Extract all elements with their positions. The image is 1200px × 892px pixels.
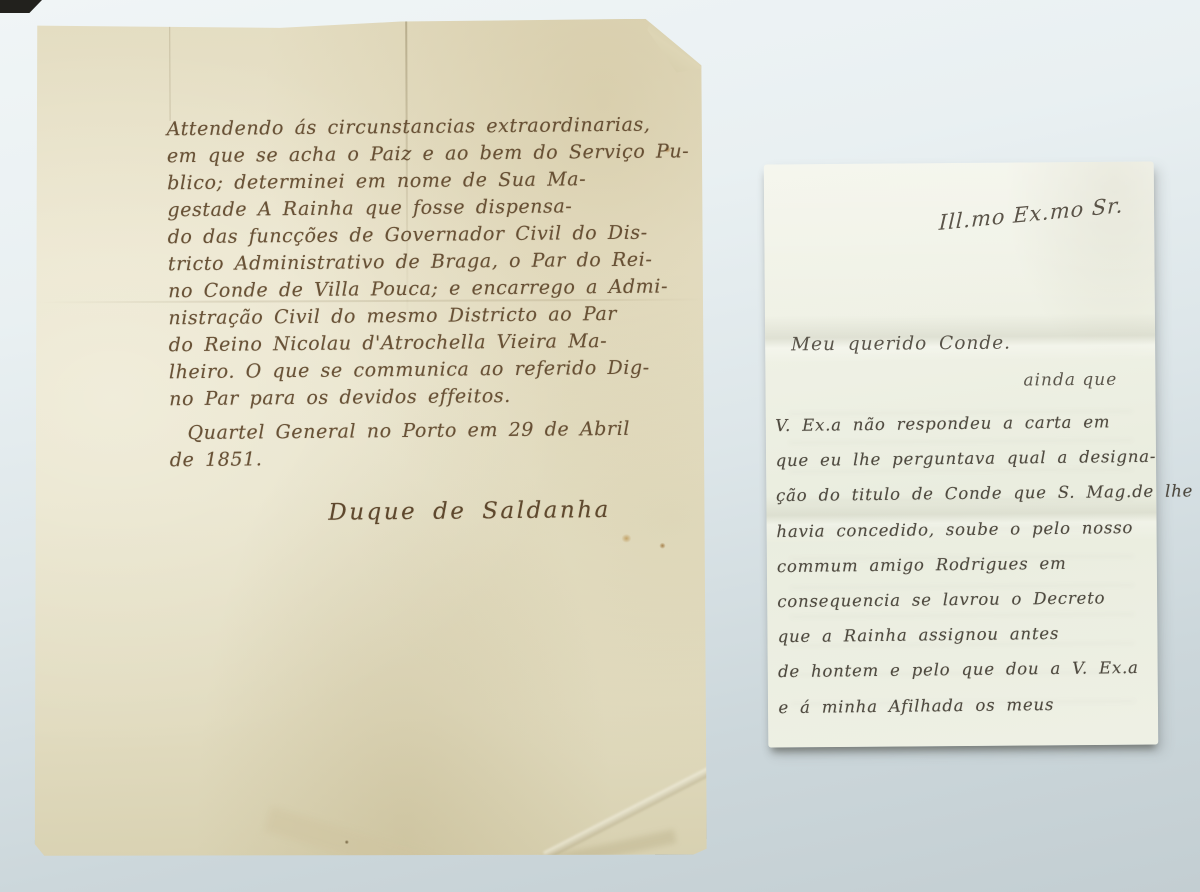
backdrop-corner-shadow [0, 0, 42, 13]
handwriting-line: de hontem e pelo que dou a V. Ex.a [778, 650, 1150, 689]
paper-stain [621, 534, 631, 543]
handwriting-line: lheiro. O que se communica ao referido D… [169, 354, 699, 386]
handwriting-line: que eu lhe perguntava qual a designa- [775, 439, 1147, 478]
handwriting-line: V. Ex.a não respondeu a carta em [775, 404, 1147, 443]
dog-ear-fold [647, 19, 703, 73]
handwriting-line: commum amigo Rodrigues em [777, 545, 1149, 584]
handwriting-line: havia concedido, soube o pelo nosso [776, 509, 1148, 548]
dateline-place: Quartel General no Porto em 29 de Abril [169, 415, 699, 447]
fold-crease-diagonal-2 [264, 806, 473, 891]
fold-crease-diagonal [543, 765, 716, 860]
handwriting-line: que a Rainha assignou antes [777, 615, 1149, 654]
paper-stain [345, 840, 349, 844]
handwriting-line: no Par para os devidos effeitos. [169, 381, 699, 413]
left-letter-page: Attendendo ás circunstancias extraordina… [31, 19, 707, 858]
dateline: Quartel General no Porto em 29 de Abril … [169, 415, 699, 474]
right-letter-page: Ill.mo Ex.mo Sr. Meu querido Conde. aind… [764, 161, 1159, 747]
handwriting-line: ção do titulo de Conde que S. Mag.de lhe [776, 474, 1148, 513]
fold-crease-vertical-2 [169, 21, 170, 121]
opening-words: ainda que [1023, 370, 1117, 391]
salutation: Meu querido Conde. [791, 333, 1011, 356]
handwriting-line: no Conde de Villa Pouca; e encarrego a A… [168, 273, 698, 305]
handwriting-line: em que se acha o Paiz e ao bem do Serviç… [167, 138, 697, 170]
handwriting-line: consequencia se lavrou o Decreto [777, 580, 1149, 619]
letter-heading: Ill.mo Ex.mo Sr. [882, 193, 1124, 240]
left-letter-body: Attendendo ás circunstancias extraordina… [167, 111, 701, 528]
fold-crease-diagonal-3 [527, 829, 677, 875]
right-letter-body: V. Ex.a não respondeu a carta em que eu … [775, 404, 1151, 725]
photo-backdrop: Attendendo ás circunstancias extraordina… [0, 0, 1200, 892]
dateline-year: de 1851. [170, 442, 700, 474]
signature: Duque de Saldanha [328, 496, 700, 527]
handwriting-line: e á minha Afilhada os meus [778, 685, 1150, 724]
paper-stain [659, 543, 665, 549]
